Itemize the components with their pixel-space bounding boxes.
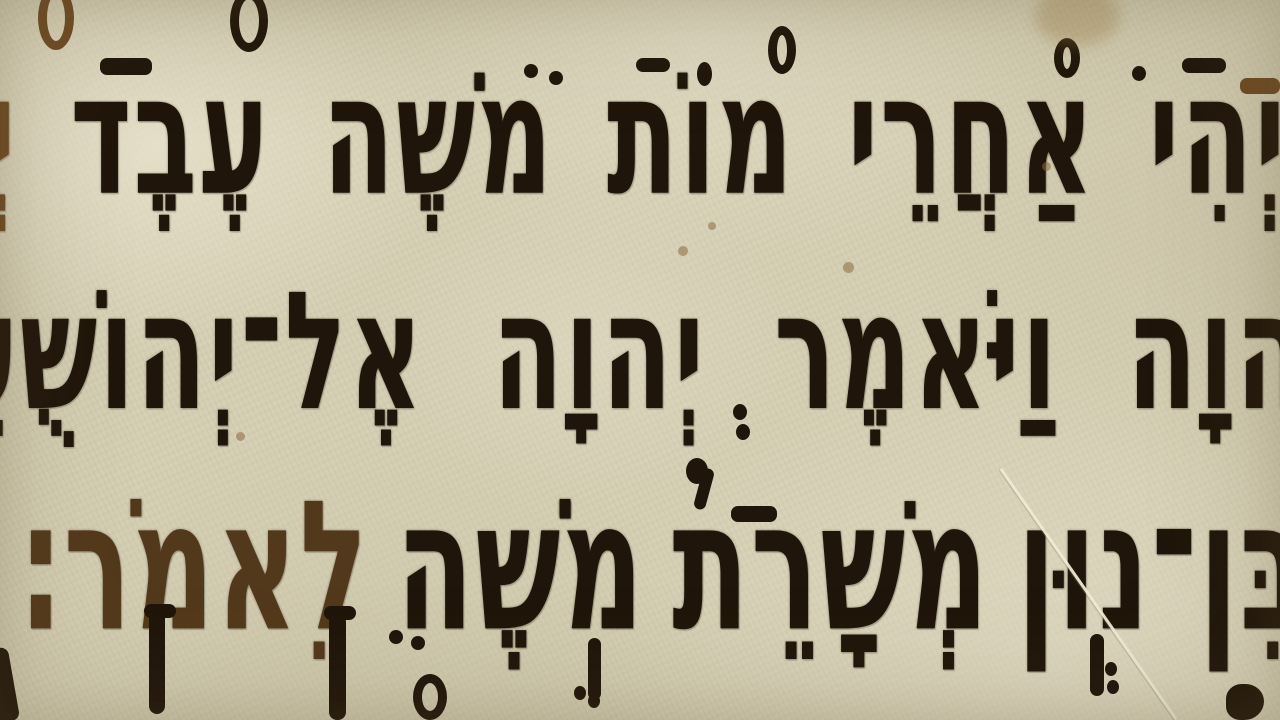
partial-letter-mark bbox=[708, 222, 716, 230]
partial-letter-mark bbox=[524, 64, 538, 78]
partial-letter-mark bbox=[389, 630, 403, 644]
hebrew-word: מְשָׁרֵת bbox=[672, 478, 990, 657]
partial-letter-mark bbox=[149, 610, 165, 714]
hebrew-word: בִּן־נוּן bbox=[1017, 478, 1280, 657]
partial-letter-mark bbox=[1132, 66, 1146, 81]
manuscript-line-1: וַיְהִיאַחֲרֵימוֹתמֹשֶׁהעֶבֶדיְ bbox=[0, 52, 1280, 218]
hebrew-word: לֵאמֹר׃ bbox=[20, 478, 369, 657]
partial-letter-mark bbox=[413, 674, 447, 720]
partial-letter-mark bbox=[100, 58, 152, 75]
partial-letter-mark bbox=[549, 71, 563, 85]
partial-letter-mark bbox=[678, 246, 688, 256]
partial-letter-mark bbox=[574, 686, 586, 700]
partial-letter-mark bbox=[733, 404, 747, 420]
partial-letter-mark bbox=[843, 262, 854, 273]
partial-letter-mark bbox=[1240, 78, 1280, 94]
partial-letter-mark bbox=[736, 424, 750, 440]
hebrew-word: אַחֲרֵי bbox=[848, 52, 1096, 218]
partial-letter-mark bbox=[588, 694, 600, 708]
partial-letter-mark bbox=[0, 646, 20, 720]
partial-letter-mark bbox=[236, 432, 245, 441]
partial-letter-mark bbox=[588, 638, 601, 700]
hebrew-word: וַיֹּאמֶר bbox=[774, 272, 1059, 435]
hebrew-word: וַיְהִי bbox=[1149, 52, 1280, 218]
hebrew-word: מֹשֶׁה bbox=[323, 52, 555, 218]
hebrew-word: עֶבֶד bbox=[70, 52, 270, 218]
partial-letter-mark bbox=[329, 614, 346, 720]
manuscript-line-3: בִּן־נוּןמְשָׁרֵתמֹשֶׁהלֵאמֹר׃ bbox=[20, 478, 1280, 657]
hebrew-word: מֹשֶׁה bbox=[396, 478, 645, 657]
hebrew-word: יְ bbox=[0, 52, 18, 218]
partial-letter-mark bbox=[1105, 662, 1117, 676]
partial-letter-mark bbox=[768, 26, 796, 74]
partial-letter-mark bbox=[1182, 58, 1226, 73]
partial-letter-mark bbox=[731, 506, 777, 522]
partial-letter-mark bbox=[636, 58, 670, 72]
hebrew-word: יְהוָה bbox=[1127, 272, 1280, 435]
partial-letter-mark bbox=[38, 0, 74, 50]
partial-letter-mark bbox=[1042, 162, 1051, 171]
partial-letter-mark bbox=[1107, 680, 1119, 694]
partial-letter-mark bbox=[1090, 634, 1104, 696]
manuscript-page: וַיְהִיאַחֲרֵימוֹתמֹשֶׁהעֶבֶדיְ יְהוָהוַ… bbox=[0, 0, 1280, 720]
partial-letter-mark bbox=[411, 636, 425, 650]
manuscript-line-2: יְהוָהוַיֹּאמֶריְהוָהאֶל־יְהוֹשֻׁעַ bbox=[0, 272, 1280, 435]
hebrew-word: אֶל־יְהוֹשֻׁעַ bbox=[0, 272, 425, 435]
partial-letter-mark bbox=[697, 62, 712, 86]
partial-letter-mark bbox=[1226, 684, 1264, 720]
hebrew-word: יְהוָה bbox=[493, 272, 706, 435]
